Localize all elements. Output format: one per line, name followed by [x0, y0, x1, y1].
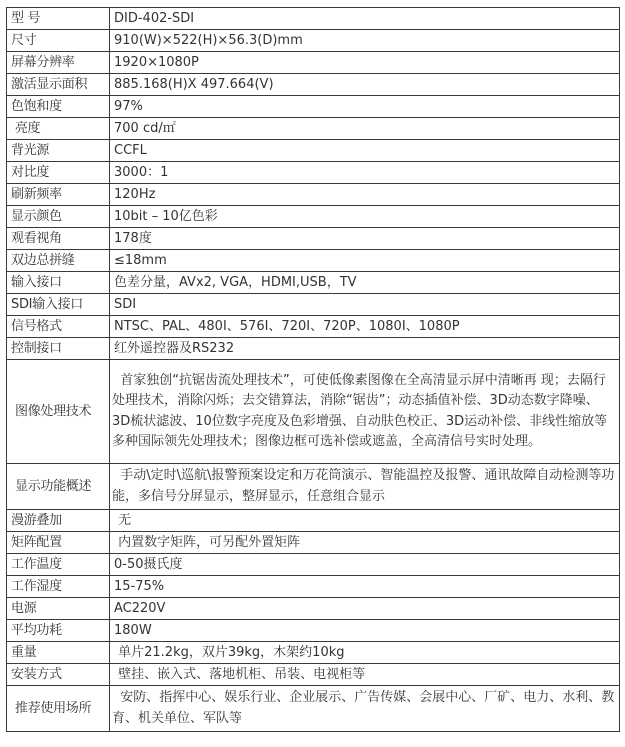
spec-value: NTSC、PAL、480I、576I、720I、720P、1080I、1080P — [110, 316, 620, 338]
table-row: 激活显示面积885.168(H)X 497.664(V) — [7, 74, 620, 96]
spec-label: 显示功能概述 — [7, 464, 110, 510]
spec-value: ≤18mm — [110, 250, 620, 272]
spec-label: 控制接口 — [7, 338, 110, 360]
spec-value: 安防、指挥中心、娱乐行业、企业展示、广告传媒、会展中心、厂矿、电力、水利、教育、… — [110, 686, 620, 732]
table-row: 安装方式 壁挂、嵌入式、落地机柜、吊装、电视柜等 — [7, 664, 620, 686]
spec-label: 显示颜色 — [7, 206, 110, 228]
spec-value: 178度 — [110, 228, 620, 250]
spec-label: SDI输入接口 — [7, 294, 110, 316]
table-row: 刷新频率120Hz — [7, 184, 620, 206]
table-row: 对比度3000：1 — [7, 162, 620, 184]
spec-label: 平均功耗 — [7, 620, 110, 642]
spec-value: 内置数字矩阵，可另配外置矩阵 — [110, 532, 620, 554]
spec-value: 红外遥控器及RS232 — [110, 338, 620, 360]
table-row: 显示颜色10bit – 10亿色彩 — [7, 206, 620, 228]
spec-label: 刷新频率 — [7, 184, 110, 206]
spec-value: CCFL — [110, 140, 620, 162]
spec-label: 色饱和度 — [7, 96, 110, 118]
spec-value: 无 — [110, 510, 620, 532]
spec-label: 工作湿度 — [7, 576, 110, 598]
spec-value: 手动\定时\巡航\报警预案设定和万花筒演示、智能温控及报警、通讯故障自动检测等功… — [110, 464, 620, 510]
spec-value: 0-50摄氏度 — [110, 554, 620, 576]
spec-label: 型 号 — [7, 8, 110, 30]
table-row: 显示功能概述 手动\定时\巡航\报警预案设定和万花筒演示、智能温控及报警、通讯故… — [7, 464, 620, 510]
spec-table: 型 号DID-402-SDI 尺寸910(W)×522(H)×56.3(D)mm… — [6, 7, 620, 732]
spec-value: 1920×1080P — [110, 52, 620, 74]
table-row: 观看视角178度 — [7, 228, 620, 250]
spec-value: 色差分量，AVx2, VGA，HDMI,USB，TV — [110, 272, 620, 294]
spec-value: 首家独创“抗锯齿流处理技术”，可使低像素图像在全高清显示屏中清晰再 现；去隔行处… — [110, 360, 620, 464]
spec-label: 重量 — [7, 642, 110, 664]
spec-label: 推荐使用场所 — [7, 686, 110, 732]
spec-label: 信号格式 — [7, 316, 110, 338]
table-row: 图像处理技术 首家独创“抗锯齿流处理技术”，可使低像素图像在全高清显示屏中清晰再… — [7, 360, 620, 464]
spec-label: 激活显示面积 — [7, 74, 110, 96]
table-row: 漫游叠加 无 — [7, 510, 620, 532]
spec-label: 工作温度 — [7, 554, 110, 576]
table-row: 信号格式NTSC、PAL、480I、576I、720I、720P、1080I、1… — [7, 316, 620, 338]
spec-label: 安装方式 — [7, 664, 110, 686]
table-row: 双边总拼缝≤18mm — [7, 250, 620, 272]
table-row: 推荐使用场所 安防、指挥中心、娱乐行业、企业展示、广告传媒、会展中心、厂矿、电力… — [7, 686, 620, 732]
spec-value: AC220V — [110, 598, 620, 620]
table-row: 型 号DID-402-SDI — [7, 8, 620, 30]
table-row: 工作温度0-50摄氏度 — [7, 554, 620, 576]
spec-label: 亮度 — [7, 118, 110, 140]
spec-label: 矩阵配置 — [7, 532, 110, 554]
table-row: 重量 单片21.2kg，双片39kg，木架约10kg — [7, 642, 620, 664]
table-row: 输入接口色差分量，AVx2, VGA，HDMI,USB，TV — [7, 272, 620, 294]
table-row: 电源AC220V — [7, 598, 620, 620]
table-row: 背光源CCFL — [7, 140, 620, 162]
spec-value: SDI — [110, 294, 620, 316]
spec-value: 97% — [110, 96, 620, 118]
spec-label: 双边总拼缝 — [7, 250, 110, 272]
spec-label: 图像处理技术 — [7, 360, 110, 464]
spec-label: 背光源 — [7, 140, 110, 162]
spec-value: 10bit – 10亿色彩 — [110, 206, 620, 228]
table-row: SDI输入接口SDI — [7, 294, 620, 316]
spec-value: DID-402-SDI — [110, 8, 620, 30]
spec-label: 尺寸 — [7, 30, 110, 52]
table-row: 工作湿度15-75% — [7, 576, 620, 598]
spec-value: 885.168(H)X 497.664(V) — [110, 74, 620, 96]
spec-value: 700 cd/㎡ — [110, 118, 620, 140]
spec-value: 壁挂、嵌入式、落地机柜、吊装、电视柜等 — [110, 664, 620, 686]
table-row: 控制接口红外遥控器及RS232 — [7, 338, 620, 360]
spec-label: 对比度 — [7, 162, 110, 184]
table-row: 矩阵配置 内置数字矩阵，可另配外置矩阵 — [7, 532, 620, 554]
table-row: 屏幕分辨率1920×1080P — [7, 52, 620, 74]
spec-label: 电源 — [7, 598, 110, 620]
spec-value: 910(W)×522(H)×56.3(D)mm — [110, 30, 620, 52]
table-row: 平均功耗180W — [7, 620, 620, 642]
spec-label: 输入接口 — [7, 272, 110, 294]
table-row: 色饱和度97% — [7, 96, 620, 118]
spec-value: 15-75% — [110, 576, 620, 598]
spec-label: 观看视角 — [7, 228, 110, 250]
table-row: 亮度700 cd/㎡ — [7, 118, 620, 140]
spec-value: 3000：1 — [110, 162, 620, 184]
spec-value: 120Hz — [110, 184, 620, 206]
spec-value: 单片21.2kg，双片39kg，木架约10kg — [110, 642, 620, 664]
spec-value: 180W — [110, 620, 620, 642]
spec-label: 屏幕分辨率 — [7, 52, 110, 74]
table-row: 尺寸910(W)×522(H)×56.3(D)mm — [7, 30, 620, 52]
spec-label: 漫游叠加 — [7, 510, 110, 532]
